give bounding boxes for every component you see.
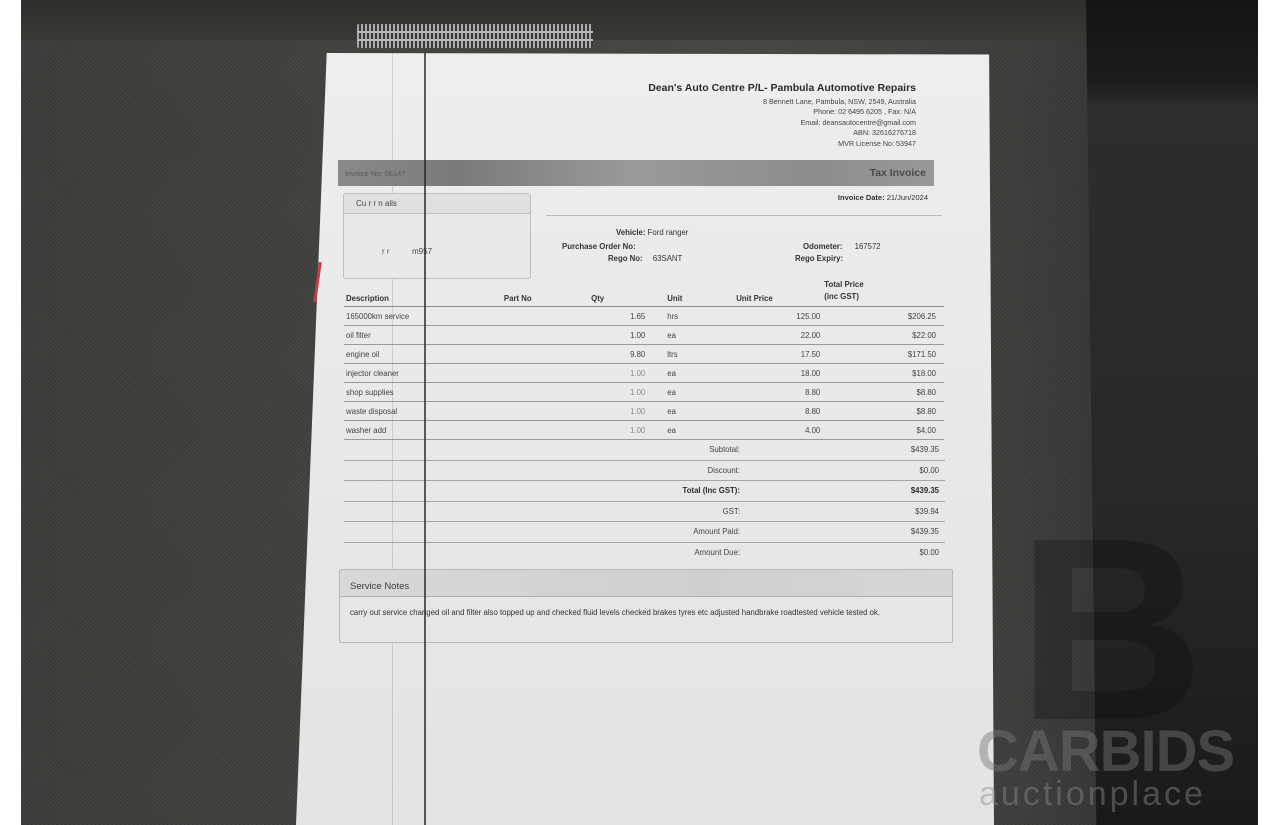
- cell-qty: 1.00: [589, 326, 647, 345]
- company-phone: Phone: 02 6495 6205 , Fax: N/A: [648, 107, 916, 117]
- totals-row: GST:$39.94: [344, 501, 945, 522]
- invoice-number: Invoice No: 06147: [345, 169, 405, 178]
- totals-value: $0.00: [858, 542, 945, 562]
- totals-row: Discount:$0.00: [344, 460, 945, 481]
- cell-unit-price: 8.80: [734, 383, 822, 402]
- col-unit: Unit: [647, 279, 734, 307]
- cell-unit-price: 17.50: [734, 345, 822, 364]
- company-abn: ABN: 32616276718: [648, 128, 916, 138]
- rego-field: Rego No: 63SANT: [608, 254, 682, 263]
- cell-description: 165000km service: [344, 307, 502, 326]
- cell-part-no: [502, 383, 589, 402]
- cell-unit: ea: [647, 383, 734, 402]
- seat-fabric-right: [1086, 0, 1258, 825]
- totals-value: $0.00: [858, 460, 945, 481]
- cell-unit-price: 125.00: [734, 307, 822, 326]
- cell-description: injector cleaner: [344, 364, 502, 383]
- odometer-value: 167572: [855, 242, 881, 251]
- table-row: shop supplies1.00ea8.80$8.80: [344, 383, 944, 402]
- col-unit-price: Unit Price: [734, 279, 822, 307]
- rego-value: 63SANT: [653, 254, 682, 263]
- totals-row: Amount Due:$0.00: [344, 542, 945, 562]
- invoice-date-label: Invoice Date:: [838, 193, 885, 202]
- customer-line-a: r r: [382, 247, 390, 256]
- cell-total: $18.00: [822, 364, 944, 383]
- invoice-title-bar: Invoice No: 06147 Tax Invoice: [338, 160, 934, 186]
- totals-value: $439.35: [858, 481, 945, 502]
- cell-unit: ea: [647, 326, 734, 345]
- table-header-row: Description Part No Qty Unit Unit Price …: [344, 279, 944, 307]
- table-row: engine oil9.80ltrs17.50$171.50: [344, 345, 944, 364]
- totals-label: Amount Due:: [344, 542, 858, 562]
- totals-label: GST:: [344, 501, 858, 522]
- fold-line: [424, 53, 426, 825]
- cell-unit: ea: [647, 402, 734, 421]
- cell-unit: hrs: [647, 307, 734, 326]
- vehicle-value: Ford ranger: [648, 228, 689, 237]
- vehicle-field: Vehicle: Ford ranger: [616, 228, 688, 237]
- totals-label: Discount:: [344, 460, 858, 481]
- totals-row: Amount Paid:$439.35: [344, 522, 945, 543]
- rego-label: Rego No:: [608, 254, 643, 263]
- cell-unit: ea: [647, 364, 734, 383]
- purchase-order-label: Purchase Order No:: [562, 242, 636, 251]
- cell-total: $171.50: [822, 345, 944, 364]
- company-mvr: MVR License No: 53947: [648, 139, 916, 149]
- service-notes-box: Service Notes carry out service changed …: [339, 569, 953, 643]
- service-notes-text: carry out service changed oil and filter…: [340, 597, 952, 620]
- cell-unit-price: 22.00: [734, 326, 822, 345]
- col-total-line1: Total Price: [824, 280, 863, 289]
- cell-part-no: [502, 421, 589, 440]
- totals-value: $439.35: [858, 440, 945, 460]
- odometer-field: Odometer: 167572: [803, 242, 881, 251]
- company-address: 8 Bennett Lane, Pambula, NSW, 2549, Aust…: [648, 97, 916, 107]
- col-total-price: Total Price(inc GST): [822, 279, 944, 307]
- invoice-date: Invoice Date: 21/Jun/2024: [838, 193, 928, 202]
- seat-fabric-top: [21, 0, 1258, 40]
- line-items-table: Description Part No Qty Unit Unit Price …: [344, 279, 944, 440]
- cell-unit: ea: [647, 421, 734, 440]
- table-row: injector cleaner1.00ea18.00$18.00: [344, 364, 944, 383]
- cell-unit-price: 4.00: [734, 421, 822, 440]
- vehicle-label: Vehicle:: [616, 228, 645, 237]
- service-notes-header: Service Notes: [340, 570, 952, 597]
- col-description: Description: [344, 279, 502, 307]
- customer-details-header: Cu r r n ails: [344, 194, 530, 214]
- totals-label: Subtotal:: [344, 440, 858, 460]
- table-row: oil filter1.00ea22.00$22.00: [344, 326, 944, 345]
- cell-total: $8.80: [822, 402, 944, 421]
- totals-row: Total (Inc GST):$439.35: [344, 481, 945, 502]
- seat-seam: [357, 24, 593, 48]
- totals-table: Subtotal:$439.35Discount:$0.00Total (Inc…: [344, 440, 945, 562]
- cell-unit: ltrs: [647, 345, 734, 364]
- cell-qty: 1.00: [589, 421, 647, 440]
- cell-qty: 1.00: [589, 364, 647, 383]
- rego-expiry-field: Rego Expiry:: [795, 254, 843, 263]
- odometer-label: Odometer:: [803, 242, 842, 251]
- company-email: Email: deansautocentre@gmail.com: [648, 118, 916, 128]
- totals-value: $39.94: [858, 501, 945, 522]
- totals-label: Total (Inc GST):: [344, 481, 858, 502]
- table-row: 165000km service1.65hrs125.00$206.25: [344, 307, 944, 326]
- cell-qty: 1.00: [589, 402, 647, 421]
- cell-part-no: [502, 402, 589, 421]
- divider: [546, 215, 942, 216]
- table-row: washer add1.00ea4.00$4.00: [344, 421, 944, 440]
- cell-unit-price: 18.00: [734, 364, 822, 383]
- cell-qty: 1.65: [589, 307, 647, 326]
- cell-part-no: [502, 307, 589, 326]
- cell-qty: 1.00: [589, 383, 647, 402]
- cell-part-no: [502, 364, 589, 383]
- company-name: Dean's Auto Centre P/L- Pambula Automoti…: [648, 82, 916, 94]
- cell-description: washer add: [344, 421, 502, 440]
- cell-total: $4.00: [822, 421, 944, 440]
- col-total-line2: (inc GST): [824, 292, 859, 301]
- cell-part-no: [502, 326, 589, 345]
- customer-details-box: Cu r r n ails r r m957: [343, 193, 531, 279]
- cell-part-no: [502, 345, 589, 364]
- company-header: Dean's Auto Centre P/L- Pambula Automoti…: [648, 82, 916, 149]
- customer-line-b: m957: [412, 247, 432, 256]
- cell-unit-price: 8.80: [734, 402, 822, 421]
- tax-invoice-label: Tax Invoice: [870, 167, 926, 179]
- cell-description: oil filter: [344, 326, 502, 345]
- cell-description: engine oil: [344, 345, 502, 364]
- table-row: waste disposal1.00ea8.80$8.80: [344, 402, 944, 421]
- invoice-date-value: 21/Jun/2024: [887, 193, 928, 202]
- col-qty: Qty: [589, 279, 647, 307]
- cell-total: $8.80: [822, 383, 944, 402]
- purchase-order-field: Purchase Order No:: [562, 242, 636, 251]
- cell-qty: 9.80: [589, 345, 647, 364]
- cell-total: $206.25: [822, 307, 944, 326]
- col-part-no: Part No: [502, 279, 589, 307]
- cell-description: waste disposal: [344, 402, 502, 421]
- cell-total: $22.00: [822, 326, 944, 345]
- totals-row: Subtotal:$439.35: [344, 440, 945, 460]
- rego-expiry-label: Rego Expiry:: [795, 254, 843, 263]
- cell-description: shop supplies: [344, 383, 502, 402]
- totals-value: $439.35: [858, 522, 945, 543]
- totals-label: Amount Paid:: [344, 522, 858, 543]
